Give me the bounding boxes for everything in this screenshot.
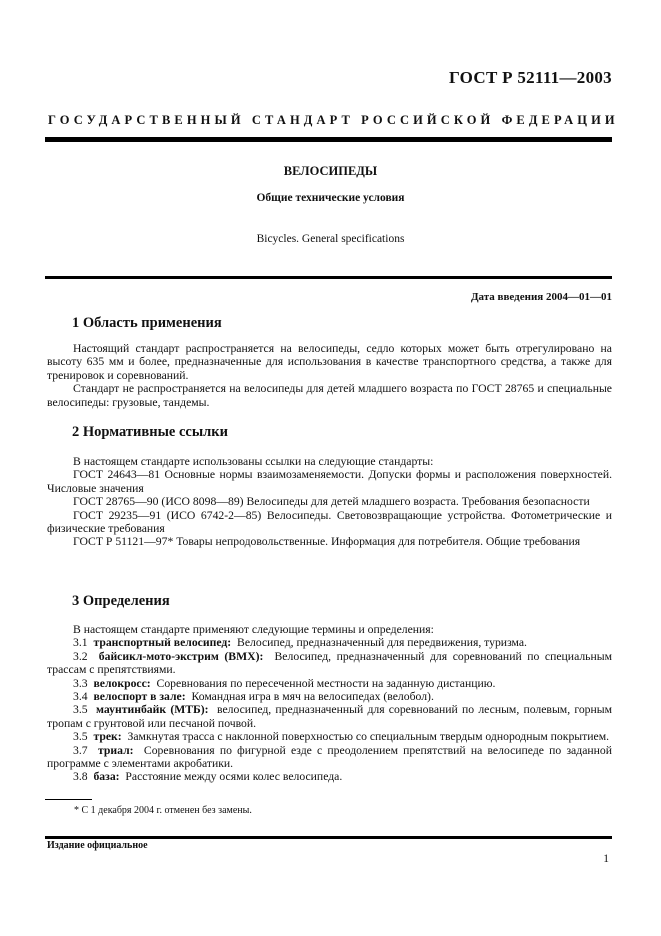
document-title-english: Bicycles. General specifications <box>0 233 661 245</box>
definition-term: байсикл-мото-экстрим (BMX): <box>99 650 264 663</box>
state-standard-banner: ГОСУДАРСТВЕННЫЙ СТАНДАРТ РОССИЙСКОЙ ФЕДЕ… <box>48 113 613 128</box>
header-rule <box>45 137 612 142</box>
definition-term: база: <box>93 770 119 783</box>
reference-item: ГОСТ 24643—81 Основные нормы взаимозамен… <box>47 468 612 495</box>
definition-text: Замкнутая трасса с наклонной поверхность… <box>128 730 610 743</box>
definition-text: Командная игра в мяч на велосипедах (вел… <box>191 690 433 703</box>
document-title: ВЕЛОСИПЕДЫ <box>0 164 661 179</box>
definition-item: 3.4 велоспорт в зале: Командная игра в м… <box>47 690 612 703</box>
terms-list: 3.1 транспортный велосипед: Велосипед, п… <box>47 636 612 783</box>
reference-item: ГОСТ 28765—90 (ИСО 8098—89) Велосипеды д… <box>47 495 612 508</box>
definition-term: велоспорт в зале: <box>93 690 185 703</box>
definition-item: 3.5 трек: Замкнутая трасса с наклонной п… <box>47 730 612 743</box>
footer-rule <box>45 836 612 839</box>
definition-text: Велосипед, предназначенный для передвиже… <box>237 636 527 649</box>
definition-term: триал: <box>98 744 134 757</box>
definition-term: трек: <box>93 730 121 743</box>
definition-number: 3.5 <box>73 703 88 716</box>
definition-number: 3.1 <box>73 636 88 649</box>
paragraph: В настоящем стандарте использованы ссылк… <box>47 455 612 468</box>
page-number: 1 <box>603 853 609 865</box>
paragraph: Стандарт не распространяется на велосипе… <box>47 382 612 409</box>
definition-term: маунтинбайк (МТБ): <box>96 703 209 716</box>
section-heading-definitions: 3 Определения <box>72 593 170 610</box>
reference-item: ГОСТ Р 51121—97* Товары непродовольствен… <box>47 535 612 548</box>
definition-number: 3.2 <box>73 650 88 663</box>
section-heading-scope: 1 Область применения <box>72 315 222 332</box>
footnote: * С 1 декабря 2004 г. отменен без замены… <box>74 805 252 816</box>
definition-term: транспортный велосипед: <box>93 636 231 649</box>
footnote-separator <box>45 799 92 800</box>
definition-item: 3.8 база: Расстояние между осями колес в… <box>47 770 612 783</box>
paragraph: В настоящем стандарте применяют следующи… <box>47 623 612 636</box>
paragraph: Настоящий стандарт распространяется на в… <box>47 342 612 382</box>
document-subtitle: Общие технические условия <box>0 192 661 204</box>
definition-item: 3.1 транспортный велосипед: Велосипед, п… <box>47 636 612 649</box>
title-rule <box>45 276 612 279</box>
definition-text: Соревнования по пересеченной местности н… <box>157 677 496 690</box>
definition-number: 3.8 <box>73 770 88 783</box>
definition-term: велокросс: <box>93 677 150 690</box>
document-code: ГОСТ Р 52111—2003 <box>449 68 612 88</box>
definition-item: 3.2 байсикл-мото-экстрим (BMX): Велосипе… <box>47 650 612 677</box>
section-references-body: В настоящем стандарте использованы ссылк… <box>47 455 612 549</box>
definition-item: 3.5 маунтинбайк (МТБ): велосипед, предна… <box>47 703 612 730</box>
definition-number: 3.4 <box>73 690 88 703</box>
definition-number: 3.3 <box>73 677 88 690</box>
definition-number: 3.5 <box>73 730 88 743</box>
section-heading-references: 2 Нормативные ссылки <box>72 424 228 441</box>
definition-number: 3.7 <box>73 744 88 757</box>
introduction-date: Дата введения 2004—01—01 <box>471 291 612 303</box>
edition-label: Издание официальное <box>47 840 148 851</box>
definition-item: 3.7 триал: Соревнования по фигурной езде… <box>47 744 612 771</box>
reference-item: ГОСТ 29235—91 (ИСО 6742-2—85) Велосипеды… <box>47 509 612 536</box>
section-definitions-body: В настоящем стандарте применяют следующи… <box>47 623 612 784</box>
definition-text: Расстояние между осями колес велосипеда. <box>125 770 342 783</box>
section-scope-body: Настоящий стандарт распространяется на в… <box>47 342 612 409</box>
definition-item: 3.3 велокросс: Соревнования по пересечен… <box>47 677 612 690</box>
